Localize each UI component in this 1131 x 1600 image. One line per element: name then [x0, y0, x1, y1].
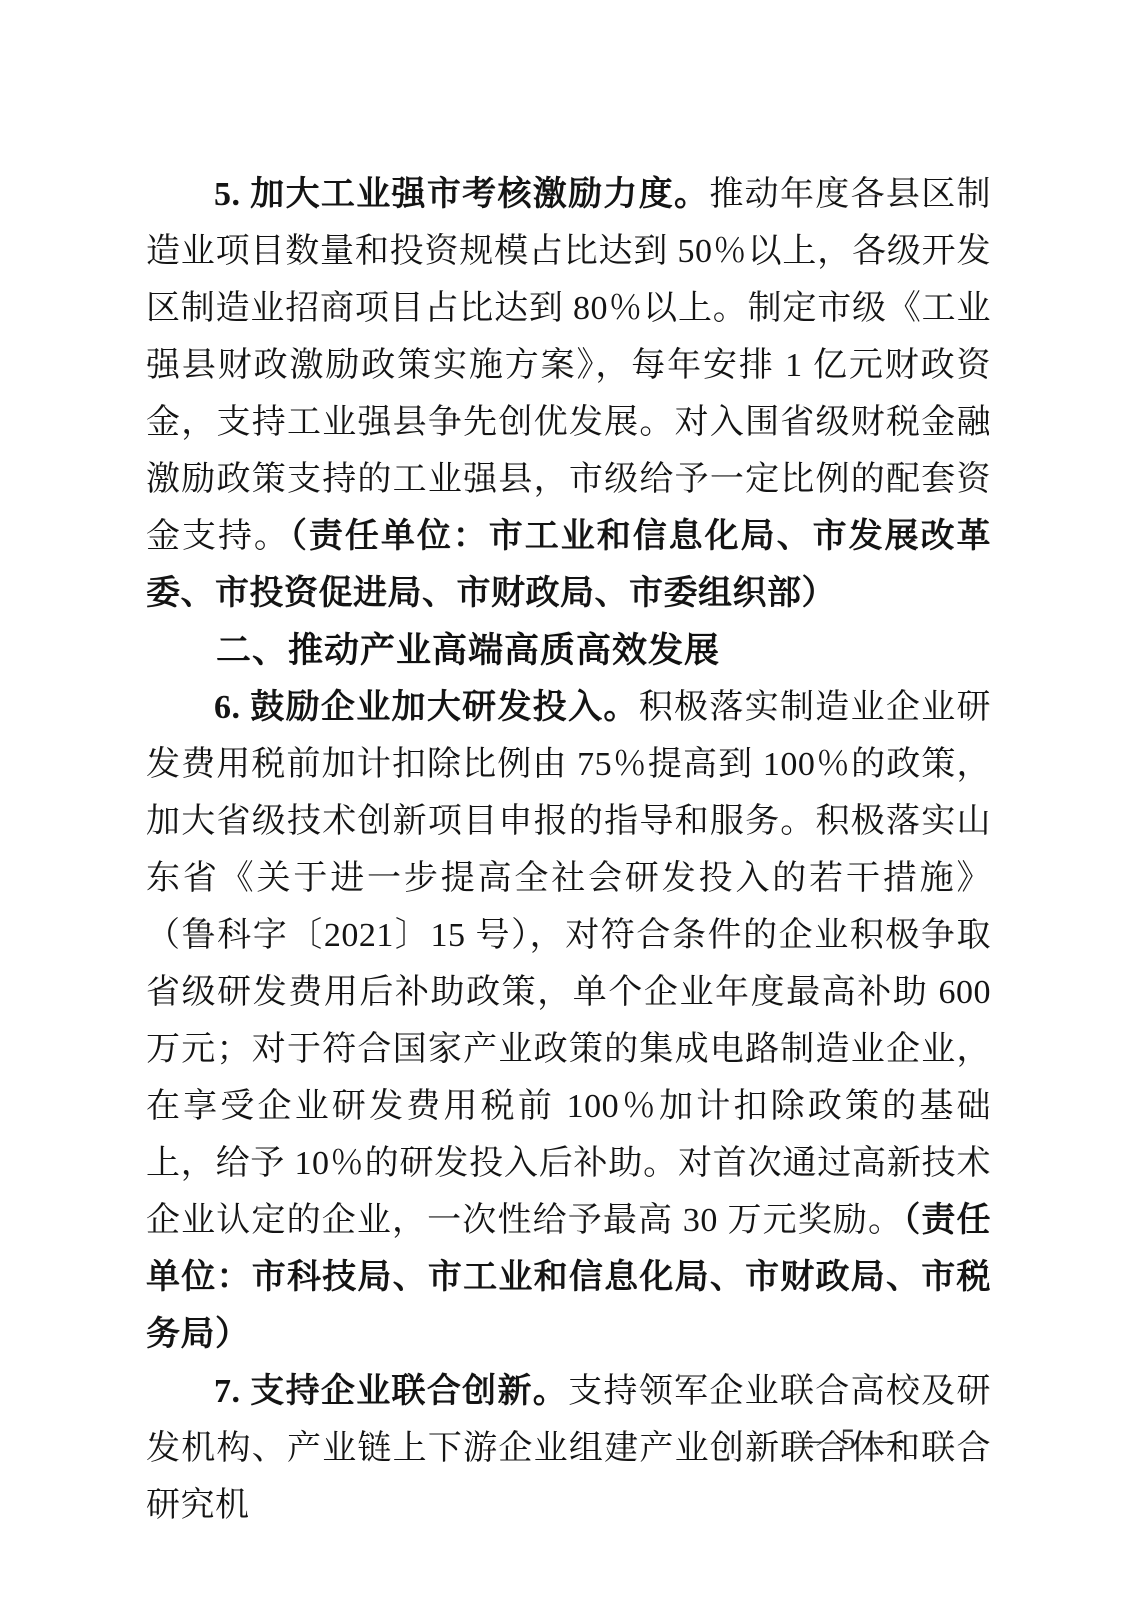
paragraph-item-6: 6. 鼓励企业加大研发投入。积极落实制造业企业研发费用税前加计扣除比例由 75％…	[146, 679, 991, 1363]
item-5-body: 推动年度各县区制造业项目数量和投资规模占比达到 50％以上，各级开发区制造业招商…	[146, 176, 991, 555]
section-2-heading: 二、推动产业高端高质高效发展	[146, 622, 991, 679]
paragraph-item-5: 5. 加大工业强市考核激励力度。推动年度各县区制造业项目数量和投资规模占比达到 …	[146, 166, 991, 622]
document-text-block: 5. 加大工业强市考核激励力度。推动年度各县区制造业项目数量和投资规模占比达到 …	[146, 166, 991, 1534]
item-5-lead: 5. 加大工业强市考核激励力度。	[214, 176, 709, 213]
item-7-lead: 7. 支持企业联合创新。	[214, 1373, 568, 1410]
document-page: 5. 加大工业强市考核激励力度。推动年度各县区制造业项目数量和投资规模占比达到 …	[0, 0, 1131, 1600]
item-6-lead: 6. 鼓励企业加大研发投入。	[214, 689, 639, 726]
page-number: — 5 —	[721, 1420, 981, 1460]
item-6-body: 积极落实制造业企业研发费用税前加计扣除比例由 75％提高到 100％的政策，加大…	[146, 689, 991, 1239]
